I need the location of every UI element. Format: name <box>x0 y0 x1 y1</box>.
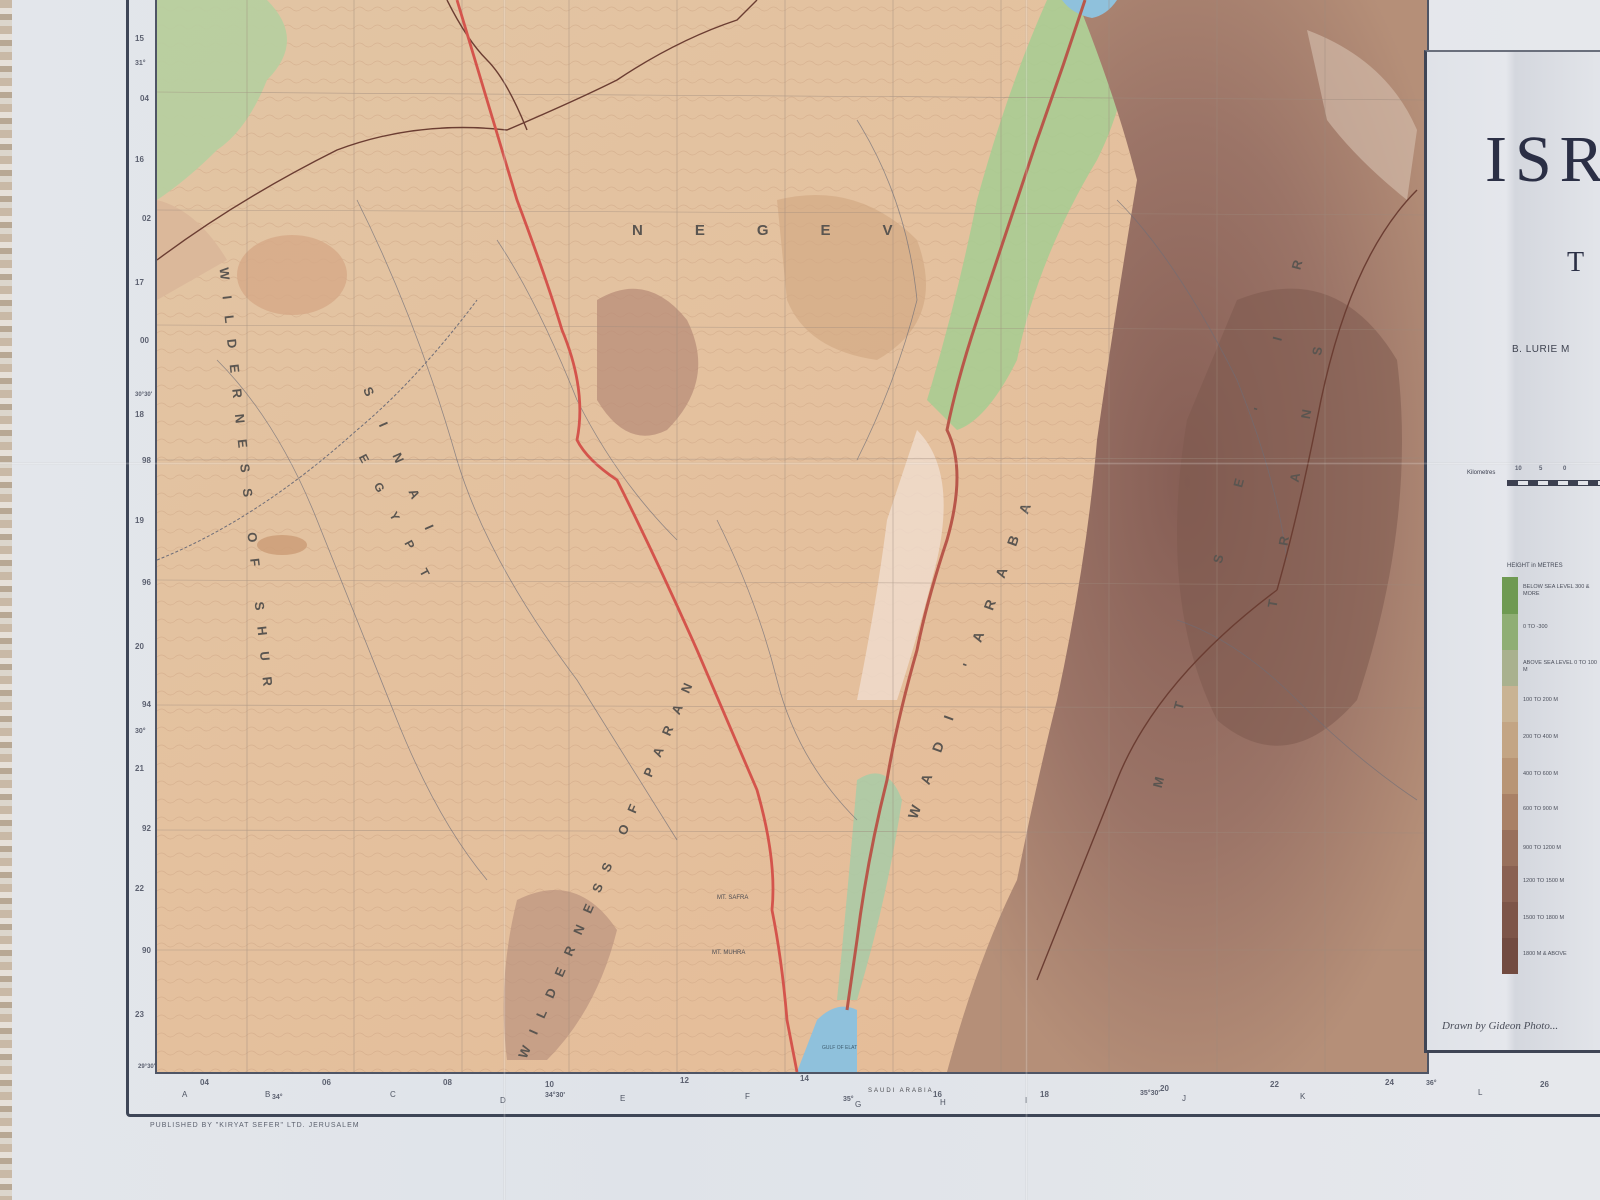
legend-title: HEIGHT in METRES <box>1507 563 1563 569</box>
coord-tick: 24 <box>1385 1078 1394 1087</box>
coord-tick: 96 <box>142 578 151 587</box>
map-area[interactable]: NEGEV WILDERNESS OF SHUR WILDERNESS OF P… <box>155 0 1429 1074</box>
coord-tick: 06 <box>322 1078 331 1087</box>
grid-letter: A <box>182 1090 187 1099</box>
lat-degree: 29°30' <box>138 1064 155 1070</box>
legend-label: 600 TO 900 M <box>1523 806 1558 813</box>
map-subtitle: T <box>1567 247 1584 279</box>
grid-number: 20 <box>135 642 144 651</box>
paper-fold <box>503 0 506 1200</box>
legend-label: 1200 TO 1500 M <box>1523 878 1564 885</box>
lon-degree: 36° <box>1426 1080 1437 1087</box>
scale-tick: 5 <box>1539 466 1542 472</box>
lat-degree: 31° <box>135 60 146 67</box>
grid-letter: L <box>1478 1088 1482 1097</box>
grid-number: 18 <box>135 410 144 419</box>
scale-label: Kilometres <box>1467 470 1495 476</box>
grid-number: 17 <box>135 278 144 287</box>
legend-label: ABOVE SEA LEVEL 0 TO 100 M <box>1523 660 1598 674</box>
lon-degree: 35° <box>843 1096 854 1103</box>
map-credit: Drawn by Gideon Photo... <box>1442 1020 1558 1032</box>
lon-degree: 35°30' <box>1140 1090 1160 1097</box>
legend-swatch <box>1502 758 1518 794</box>
map-title: ISR <box>1485 122 1600 198</box>
legend-swatch <box>1502 794 1518 830</box>
publisher-imprint: PUBLISHED BY "KIRYAT SEFER" LTD. JERUSAL… <box>150 1122 360 1129</box>
region-label-negev: NEGEV <box>632 222 945 239</box>
grid-number: 22 <box>135 884 144 893</box>
grid-number: 21 <box>135 764 144 773</box>
legend-label: BELOW SEA LEVEL 300 & MORE <box>1523 584 1598 598</box>
legend-swatch <box>1502 938 1518 974</box>
legend-label: 900 TO 1200 M <box>1523 845 1561 852</box>
grid-letter: H <box>940 1098 946 1107</box>
coord-tick: 10 <box>545 1080 554 1089</box>
legend-label: 0 TO -300 <box>1523 624 1548 631</box>
place-label-mt-muhra: MT. MUHRA <box>712 950 745 956</box>
grid-letter: B <box>265 1090 270 1099</box>
terrain-map <box>157 0 1427 1072</box>
legend-swatch <box>1502 830 1518 866</box>
height-legend <box>1502 577 1518 974</box>
coord-tick: 22 <box>1270 1080 1279 1089</box>
coord-tick: 08 <box>443 1078 452 1087</box>
coord-tick: 90 <box>142 946 151 955</box>
paper-fold <box>1025 0 1028 1200</box>
legend-label: 400 TO 600 M <box>1523 771 1558 778</box>
grid-number: 23 <box>135 1010 144 1019</box>
grid-letter: C <box>390 1090 396 1099</box>
scale-tick: 0 <box>1563 466 1566 472</box>
coord-tick: 94 <box>142 700 151 709</box>
coord-tick: 02 <box>142 214 151 223</box>
grid-number: 19 <box>135 516 144 525</box>
legend-swatch <box>1502 722 1518 758</box>
paper-fold <box>0 462 1600 465</box>
coord-tick: 18 <box>1040 1090 1049 1099</box>
grid-letter: F <box>745 1092 750 1101</box>
grid-letter: G <box>855 1100 861 1109</box>
coord-tick: 92 <box>142 824 151 833</box>
coord-tick: 04 <box>200 1078 209 1087</box>
lon-degree: 34°30' <box>545 1092 565 1099</box>
title-panel: ISR T B. LURIE M Kilometres 10 5 0 HEIGH… <box>1424 50 1600 1053</box>
grid-letter: K <box>1300 1092 1305 1101</box>
map-author: B. LURIE M <box>1512 344 1570 355</box>
legend-swatch <box>1502 902 1518 938</box>
legend-swatch <box>1502 614 1518 650</box>
legend-swatch <box>1502 866 1518 902</box>
scale-tick: 10 <box>1515 466 1522 472</box>
legend-label: 1500 TO 1800 M <box>1523 915 1564 922</box>
legend-label: 100 TO 200 M <box>1523 697 1558 704</box>
scale-bar <box>1507 480 1600 486</box>
coord-tick: 26 <box>1540 1080 1549 1089</box>
legend-label: 1800 M & ABOVE <box>1523 951 1567 958</box>
place-label-saudi-arabia: SAUDI ARABIA <box>868 1088 934 1094</box>
grid-number: 15 <box>135 34 144 43</box>
grid-letter: E <box>620 1094 625 1103</box>
lat-degree: 30°30' <box>135 392 152 398</box>
place-label-gulf-of-elat: GULF OF ELAT <box>822 1045 857 1051</box>
legend-swatch <box>1502 577 1518 614</box>
page-edge-strip <box>0 0 12 1200</box>
grid-letter: J <box>1182 1094 1186 1103</box>
legend-swatch <box>1502 650 1518 686</box>
coord-tick: 20 <box>1160 1084 1169 1093</box>
lat-degree: 30° <box>135 728 146 735</box>
legend-swatch <box>1502 686 1518 722</box>
lon-degree: 34° <box>272 1094 283 1101</box>
coord-tick: 04 <box>140 94 149 103</box>
place-label-mt-safra: MT. SAFRA <box>717 895 748 901</box>
coord-tick: 14 <box>800 1074 809 1083</box>
coord-tick: 00 <box>140 336 149 345</box>
coord-tick: 12 <box>680 1076 689 1085</box>
grid-number: 16 <box>135 155 144 164</box>
legend-label: 200 TO 400 M <box>1523 734 1558 741</box>
